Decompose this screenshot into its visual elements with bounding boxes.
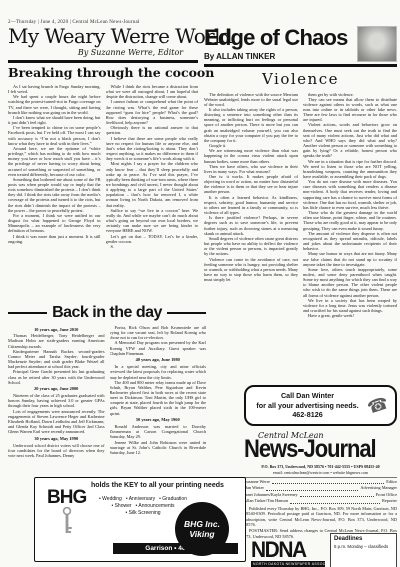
- back-in-the-day-col1: 10 years ago, June 2010Thomas Heidelberg…: [8, 325, 105, 475]
- ad-phone-number: 462-8126: [250, 410, 365, 420]
- staff-name: Allan Tinker/Tim Hanson: [244, 498, 288, 504]
- deadlines-title: Deadlines: [334, 536, 393, 542]
- deadlines-box: Deadlines 5 p.m. Monday – classifieds: [330, 533, 397, 567]
- werre-headline: Breaking through the cocoon: [8, 65, 198, 80]
- divider-rule: [8, 312, 47, 315]
- werre-body-col2: While I think the riots became a distrac…: [106, 84, 199, 296]
- badge-line-1: BHG Inc.: [184, 519, 220, 529]
- published-statement: Published every Thursday by BHG, Inc., P…: [244, 506, 397, 527]
- tinker-body: The definition of violence with the sour…: [204, 92, 397, 378]
- service-item: Graduation: [159, 496, 187, 502]
- printing-services-list: Wedding Anniversary Graduation Shower An…: [97, 496, 189, 516]
- deadlines-line: 5 p.m. Monday – classifieds: [334, 544, 393, 549]
- tinker-body-col2: them get by with violence.They can see m…: [303, 92, 397, 378]
- advertising-ad: Call Dan Winter for all your advertising…: [244, 385, 397, 426]
- staff-row: Allan Tinker/Tim Hanson Reporter: [244, 498, 397, 504]
- dot-leader: [272, 483, 384, 484]
- bhg-letters: BHG: [47, 488, 86, 507]
- service-item: Anniversary: [126, 496, 155, 502]
- tinker-body-col1: The definition of violence with the sour…: [204, 92, 298, 378]
- divider-rule: [8, 60, 198, 63]
- back-in-the-day-header: Back in the day: [8, 304, 206, 322]
- werre-article: My Weary Werre World By Suzanne Werre, E…: [8, 26, 198, 296]
- dot-leader: [290, 503, 380, 504]
- staff-list: Suzanne Werre Editor Dan Winter Advertis…: [244, 477, 397, 505]
- tinker-byline: By ALLAN TINKER: [204, 52, 353, 61]
- tinker-headline: Violence: [204, 70, 397, 88]
- ndna-logo: NDNA NORTH DAKOTA NEWSPAPER ASSOCIATION: [251, 540, 325, 567]
- dot-leader: [266, 490, 358, 491]
- newspaper-page: 2—Thursday | June 4, 2020 | Central McLe…: [0, 0, 400, 567]
- dot-leader: [300, 496, 374, 497]
- werre-body: As I sat having brunch in Fargo Sunday m…: [8, 84, 198, 296]
- tinker-article: Edge of Chaos By ALLAN TINKER Violence T…: [204, 26, 397, 378]
- masthead-box: Central McLean News-Journal P.O. Box 373…: [244, 431, 397, 539]
- paper-contact: email: centralmclean@westriv.com • websi…: [244, 470, 397, 475]
- divider-rule: [204, 64, 397, 67]
- werre-column-masthead: My Weary Werre World: [8, 26, 198, 47]
- back-in-the-day-col2: Portra, Rick Olson and Bob Krumwiede are…: [110, 325, 207, 475]
- paper-address: P.O. Box 373, Underwood, ND 58576 • 701-…: [244, 464, 397, 469]
- back-in-the-day-body: 10 years ago, June 2010Thomas Heidelberg…: [8, 325, 206, 475]
- back-in-the-day-section: Back in the day 10 years ago, June 2010T…: [8, 304, 206, 475]
- printing-ad-headline: holds the KEY to all your printing needs: [91, 482, 239, 489]
- key-icon: [61, 507, 73, 537]
- service-item: Silk Screening: [125, 510, 160, 516]
- tinker-column-masthead: Edge of Chaos: [204, 26, 353, 49]
- badge-line-2: Viking: [189, 529, 214, 539]
- divider-rule: [167, 312, 206, 315]
- paper-name: News-Journal: [244, 437, 379, 462]
- service-item: Shower: [111, 503, 131, 509]
- back-in-the-day-title: Back in the day: [52, 304, 162, 322]
- staff-role: Reporter: [382, 498, 397, 504]
- werre-byline: By Suzanne Werre, Editor: [8, 48, 198, 57]
- bhg-logo: BHG: [47, 488, 86, 537]
- werre-body-col1: As I sat having brunch in Fargo Sunday m…: [8, 84, 101, 296]
- bhg-viking-badge: BHG Inc. Viking: [175, 502, 229, 556]
- columnist-photo: [357, 26, 397, 62]
- telephone-icon: ☎: [363, 392, 394, 419]
- ndna-letters: NDNA: [251, 540, 321, 561]
- printing-ad: holds the KEY to all your printing needs…: [34, 477, 246, 562]
- tinker-header: Edge of Chaos By ALLAN TINKER: [204, 26, 397, 62]
- service-item: Wedding: [99, 496, 122, 502]
- ad-line-2: for all your advertising needs.: [250, 401, 365, 411]
- ad-line-1: Call Dan Winter: [250, 391, 365, 401]
- service-item: Announcements: [136, 503, 175, 509]
